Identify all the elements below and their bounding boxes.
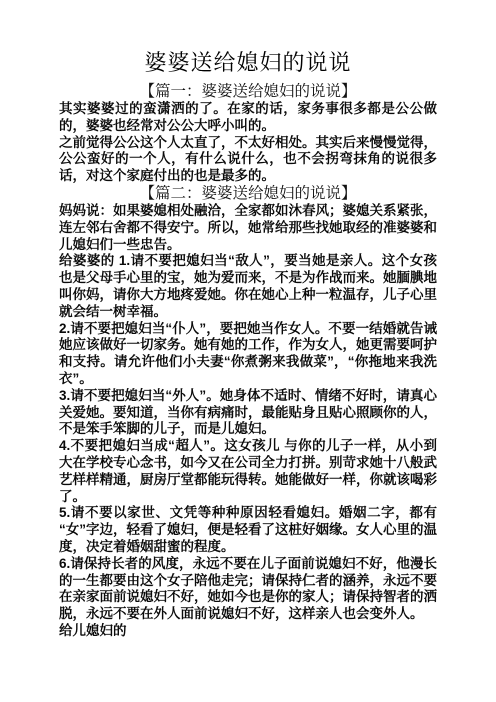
- paragraph: 5.请不要以家世、文凭等种种原因轻看媳妇。婚姻二字，都有“女”字边，轻看了媳妇，…: [59, 505, 437, 555]
- document-title: 婆婆送给媳妇的说说: [59, 50, 437, 76]
- section-2-heading: 【篇二：婆婆送给媳妇的说说】: [59, 185, 437, 203]
- paragraph: 4.不要把媳妇当成“超人”。这女孩儿 与你的儿子一样，从小到大在学校专心念书，如…: [59, 438, 437, 505]
- section-1-heading: 【篇一：婆婆送给媳妇的说说】: [59, 83, 437, 101]
- paragraph: 2.请不要把媳妇当“仆人”，要把她当作女人。不要一结婚就告诫她应该做好一切家务。…: [59, 321, 437, 388]
- paragraph: 3.请不要把媳妇当“外人”。她身体不适时、情绪不好时，请真心关爱她。要知道，当你…: [59, 388, 437, 438]
- paragraph: 妈妈说：如果婆媳相处融洽，全家都如沐春风；婆媳关系紧张，连左邻右舍都不得安宁。所…: [59, 203, 437, 253]
- paragraph: 其实婆婆过的蛮潇洒的了。在家的话，家务事很多都是公公做的，婆婆也经常对公公大呼小…: [59, 101, 437, 135]
- paragraph: 给婆婆的 1.请不要把媳妇当“敌人”，要当她是亲人。这个女孩也是父母手心里的宝，…: [59, 253, 437, 320]
- document-page: 婆婆送给媳妇的说说 【篇一：婆婆送给媳妇的说说】 其实婆婆过的蛮潇洒的了。在家的…: [0, 0, 496, 702]
- paragraph: 给儿媳妇的: [59, 623, 437, 640]
- paragraph: 6.请保持长者的风度，永远不要在儿子面前说媳妇不好，他漫长的一生都要由这个女子陪…: [59, 556, 437, 623]
- paragraph: 之前觉得公公这个人太直了，不太好相处。其实后来慢慢觉得，公公蛮好的一个人，有什么…: [59, 135, 437, 185]
